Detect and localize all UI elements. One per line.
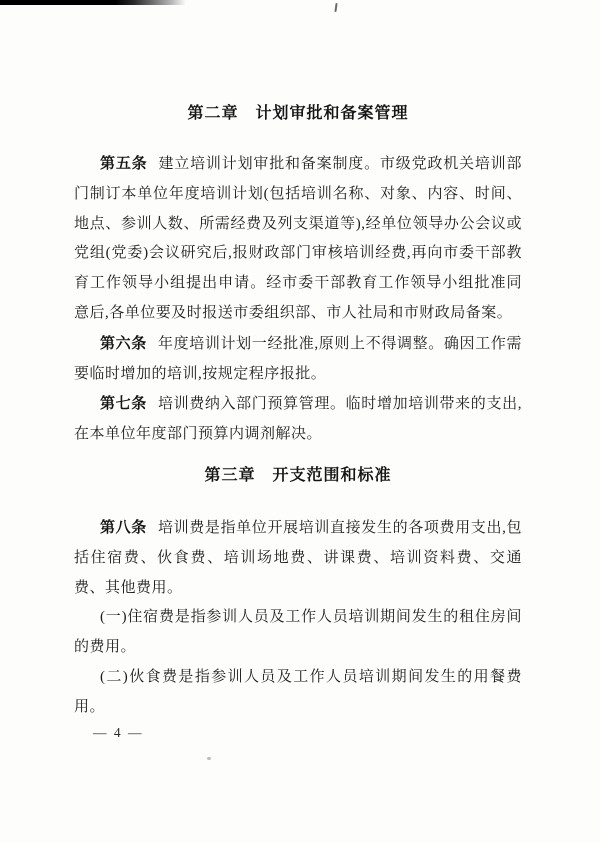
scan-artifact-speck xyxy=(207,757,211,760)
page-number: — 4 — xyxy=(74,723,522,743)
chapter-2-heading: 第二章 计划审批和备案管理 xyxy=(74,103,522,125)
article-8-item-2-text: (二)伙食费是指参训人员及工作人员培训期间发生的用餐费用。 xyxy=(74,669,522,715)
article-7: 第七条培训费纳入部门预算管理。临时增加培训带来的支出,在本单位年度部门预算内调剂… xyxy=(74,389,522,450)
scanned-document-page: 第二章 计划审批和备案管理 第五条建立培训计划审批和备案制度。市级党政机关培训部… xyxy=(0,0,600,843)
article-8: 第八条培训费是指单位开展培训直接发生的各项费用支出,包括住宿费、伙食费、培训场地… xyxy=(74,513,522,603)
article-5: 第五条建立培训计划审批和备案制度。市级党政机关培训部门制订本单位年度培训计划(包… xyxy=(74,149,522,329)
article-5-number: 第五条 xyxy=(100,155,147,172)
chapter-3-heading: 第三章 开支范围和标准 xyxy=(74,465,522,487)
article-8-item-1-text: (一)住宿费是指参训人员及工作人员培训期间发生的租住房间的费用。 xyxy=(74,609,522,655)
article-6-number: 第六条 xyxy=(100,335,147,352)
document-body: 第二章 计划审批和备案管理 第五条建立培训计划审批和备案制度。市级党政机关培训部… xyxy=(74,0,522,743)
article-7-number: 第七条 xyxy=(100,395,147,412)
article-6: 第六条年度培训计划一经批准,原则上不得调整。确因工作需要临时增加的培训,按规定程… xyxy=(74,329,522,390)
article-5-text: 建立培训计划审批和备案制度。市级党政机关培训部门制订本单位年度培训计划(包括培训… xyxy=(74,156,522,321)
article-8-item-1: (一)住宿费是指参训人员及工作人员培训期间发生的租住房间的费用。 xyxy=(74,603,522,663)
article-8-number: 第八条 xyxy=(100,519,147,536)
article-8-item-2: (二)伙食费是指参训人员及工作人员培训期间发生的用餐费用。 xyxy=(74,663,522,723)
